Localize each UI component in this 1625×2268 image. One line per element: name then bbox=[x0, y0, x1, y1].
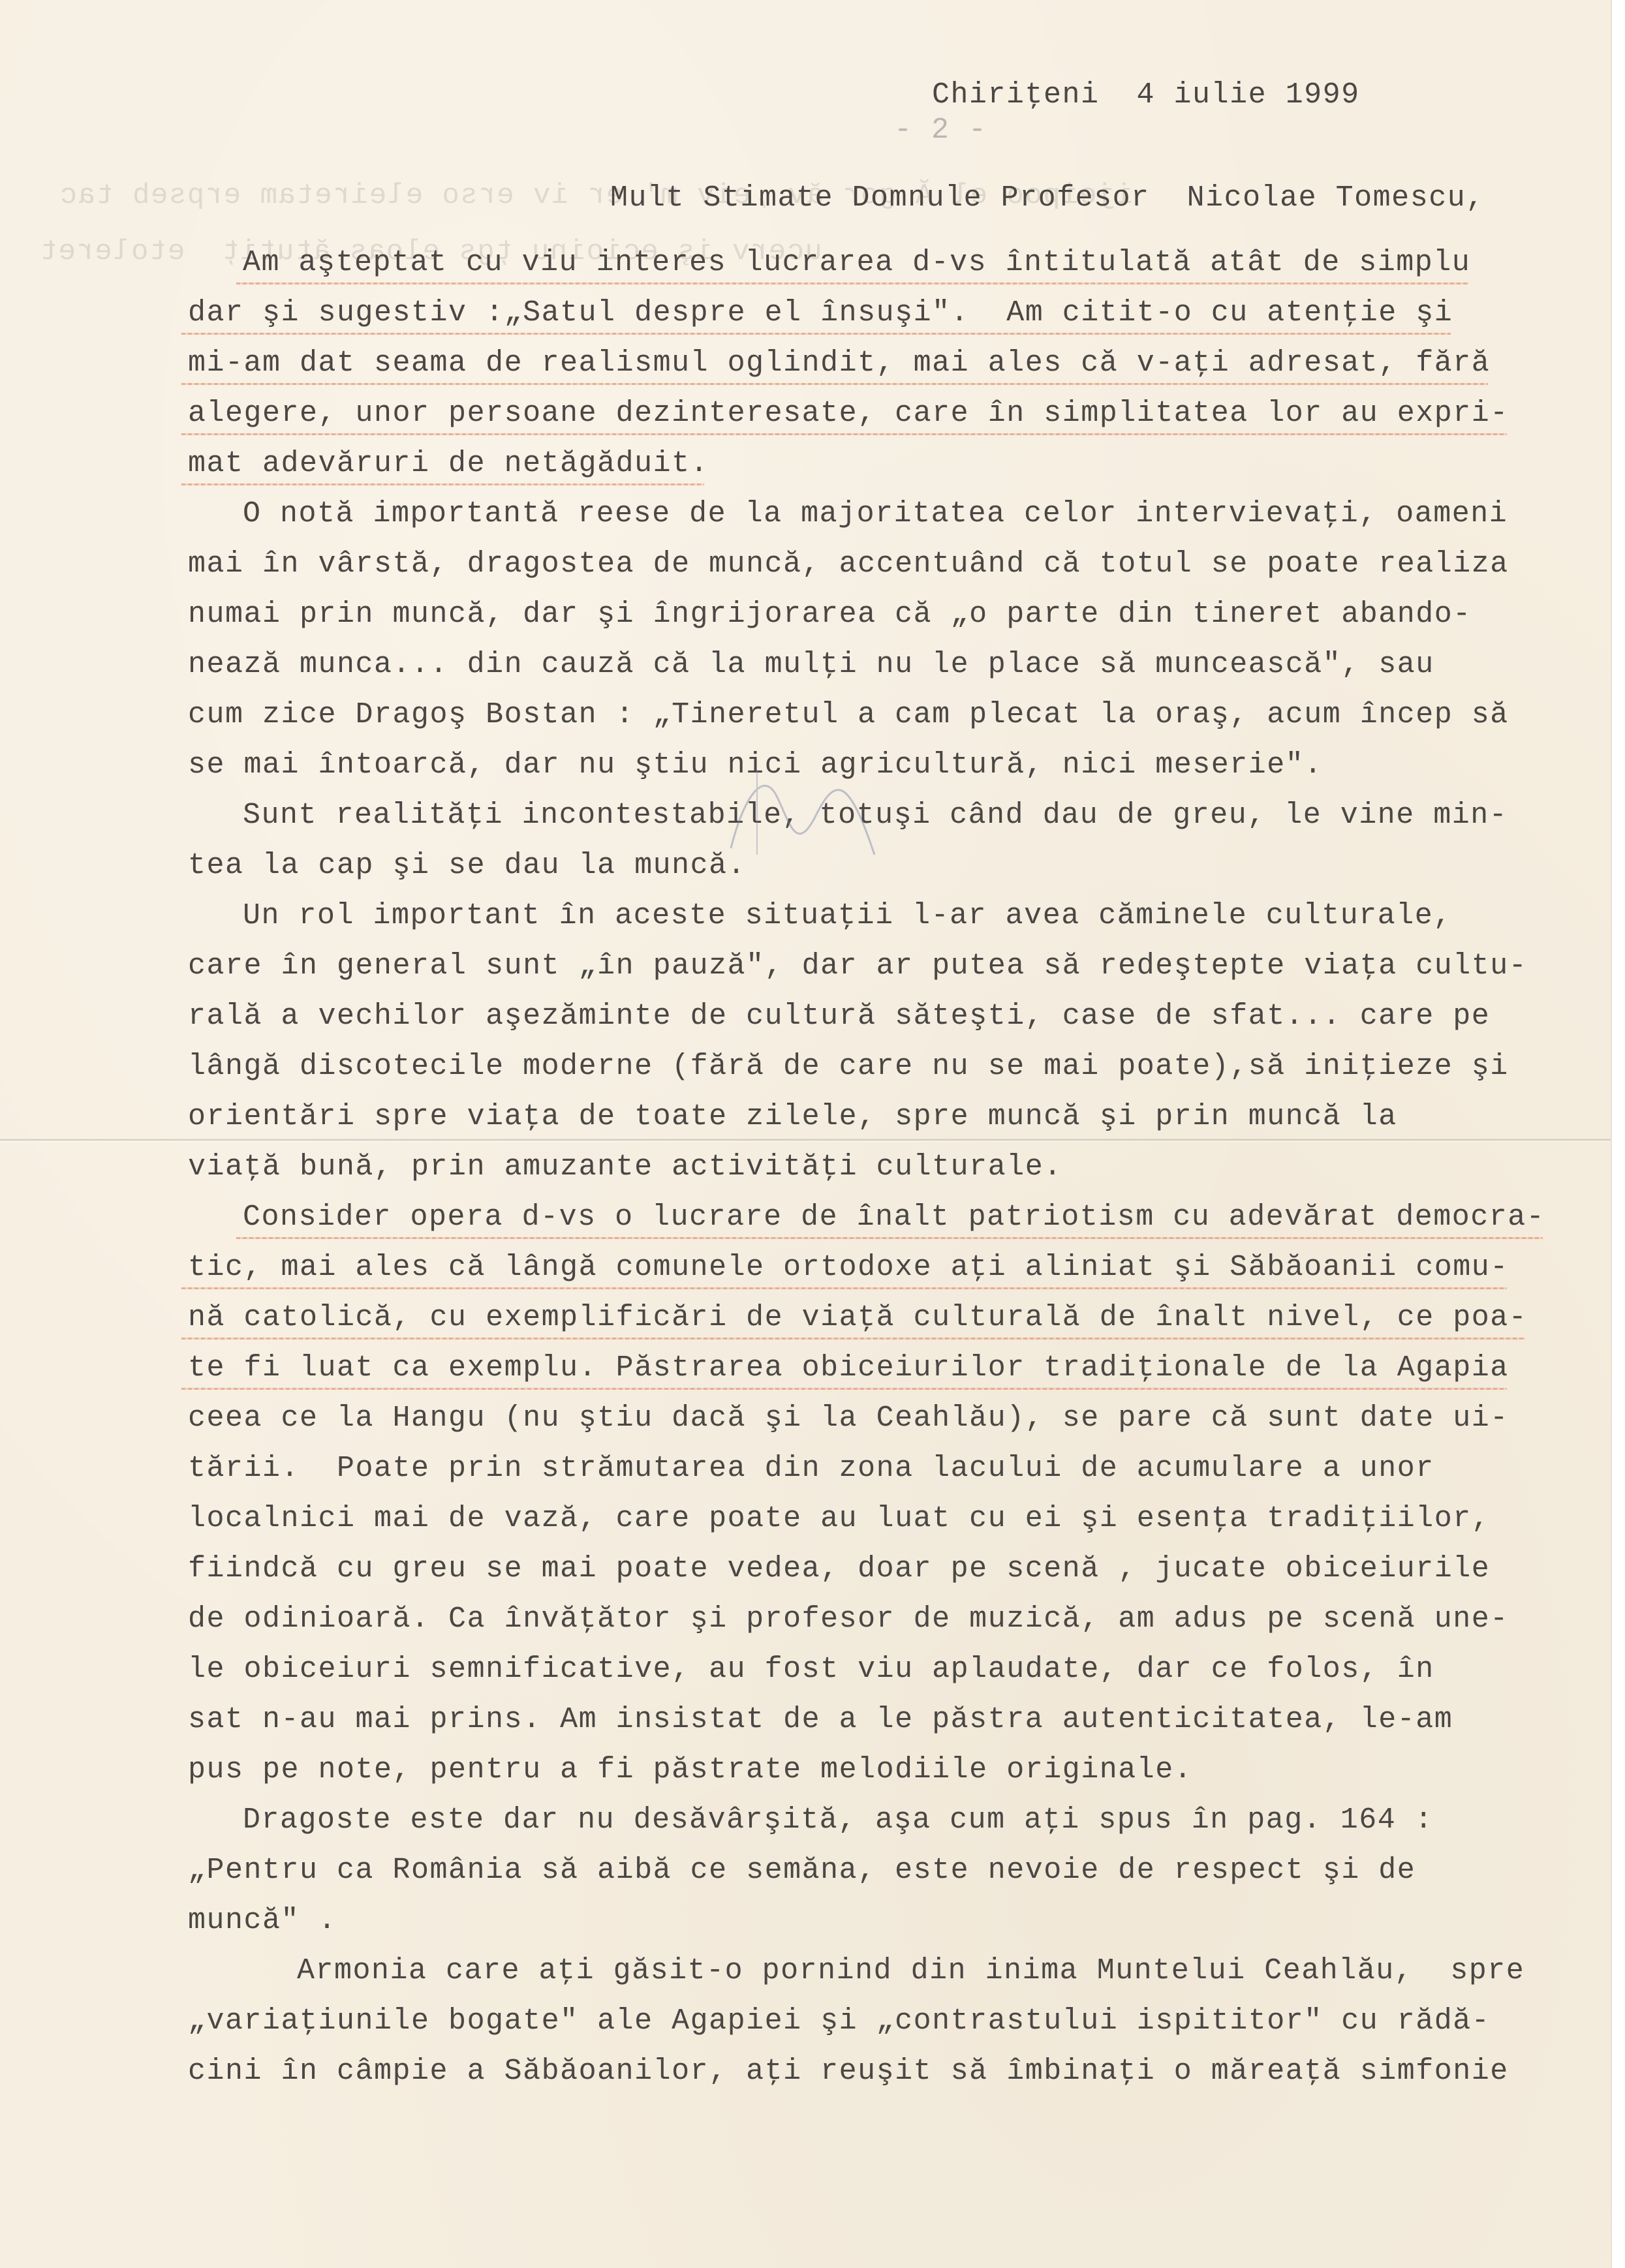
letter-line: orientări spre viaţa de toate zilele, sp… bbox=[188, 1099, 1397, 1135]
letter-line: de odinioară. Ca învăţător şi profesor d… bbox=[188, 1601, 1509, 1638]
letter-line: pus pe note, pentru a fi păstrate melodi… bbox=[188, 1752, 1192, 1788]
letter-line: localnici mai de vază, care poate au lua… bbox=[188, 1501, 1490, 1537]
letter-line: fiindcă cu greu se mai poate vedea, doar… bbox=[188, 1551, 1490, 1587]
place-and-date: Chiriţeni 4 iulie 1999 bbox=[932, 77, 1360, 114]
letter-line: ceea ce la Hangu (nu ştiu dacă şi la Cea… bbox=[188, 1400, 1509, 1437]
handwritten-mark-icon bbox=[718, 757, 888, 861]
pencil-underline bbox=[181, 483, 704, 485]
pencil-underline bbox=[181, 1338, 1525, 1340]
pencil-underline bbox=[181, 333, 1451, 335]
letter-line: nă catolică, cu exemplificări de viaţă c… bbox=[188, 1300, 1527, 1336]
letter-line: Un rol important în aceste situaţii l-ar… bbox=[243, 898, 1452, 934]
letter-line: Consider opera d-vs o lucrare de înalt p… bbox=[243, 1199, 1545, 1236]
letter-line: mat adevăruri de netăgăduit. bbox=[188, 446, 709, 482]
letter-line: tea la cap şi se dau la muncă. bbox=[188, 848, 746, 884]
letter-line: mi-am dat seama de realismul oglindit, m… bbox=[188, 345, 1490, 382]
letter-line: le obiceiuri semnificative, au fost viu … bbox=[188, 1651, 1434, 1688]
salutation: Mult Stimate Domnule Profesor Nicolae To… bbox=[610, 180, 1485, 217]
letter-line: tării. Poate prin strămutarea din zona l… bbox=[188, 1450, 1434, 1487]
letter-line: Dragoste este dar nu desăvârşită, aşa cu… bbox=[243, 1802, 1433, 1839]
pencil-underline bbox=[236, 1237, 1543, 1239]
pencil-underline bbox=[181, 433, 1507, 435]
letter-line: tic, mai ales că lângă comunele ortodoxe… bbox=[188, 1249, 1509, 1286]
letter-line: sat n-au mai prins. Am insistat de a le … bbox=[188, 1702, 1453, 1738]
letter-line: „Pentru ca România să aibă ce semăna, es… bbox=[188, 1852, 1416, 1889]
letter-line: cini în câmpie a Săbăoanilor, aţi reuşit… bbox=[188, 2053, 1509, 2090]
letter-line: Am aşteptat cu viu interes lucrarea d-vs… bbox=[243, 245, 1470, 281]
page-number: - 2 - bbox=[894, 112, 987, 149]
letter-line: lângă discotecile moderne (fără de care … bbox=[188, 1049, 1509, 1085]
letter-line: te fi luat ca exemplu. Păstrarea obiceiu… bbox=[188, 1350, 1509, 1387]
letter-line: alegere, unor persoane dezinteresate, ca… bbox=[188, 395, 1509, 432]
pencil-underline bbox=[236, 283, 1468, 284]
letter-line: „variaţiunile bogate" ale Agapiei şi „co… bbox=[188, 2003, 1490, 2040]
letter-line: viaţă bună, prin amuzante activităţi cul… bbox=[188, 1149, 1062, 1186]
pencil-underline bbox=[181, 1287, 1507, 1289]
letter-line: Armonia care aţi găsit-o pornind din ini… bbox=[297, 1953, 1524, 1989]
letter-line: mai în vârstă, dragostea de muncă, accen… bbox=[188, 546, 1509, 583]
letter-line: nează munca... din cauză că la mulţi nu … bbox=[188, 647, 1434, 683]
letter-line: muncă" . bbox=[188, 1903, 337, 1939]
paper-fold-crease bbox=[0, 1139, 1611, 1142]
letter-line: numai prin muncă, dar şi îngrijorarea că… bbox=[188, 596, 1472, 633]
pencil-underline bbox=[181, 383, 1488, 385]
letter-line: care în general sunt „în pauză", dar ar … bbox=[188, 948, 1527, 985]
letter-line: dar şi sugestiv :„Satul despre el însuşi… bbox=[188, 295, 1453, 331]
letter-line: O notă importantă reese de la majoritate… bbox=[243, 496, 1508, 532]
letter-line: cum zice Dragoş Bostan : „Tineretul a ca… bbox=[188, 697, 1509, 733]
letter-line: rală a vechilor aşezăminte de cultură să… bbox=[188, 998, 1490, 1035]
pencil-underline bbox=[181, 1388, 1507, 1390]
letter-page: ijeipoo el Ă gor ăv ,eiv m' er iv erso e… bbox=[0, 0, 1612, 2268]
